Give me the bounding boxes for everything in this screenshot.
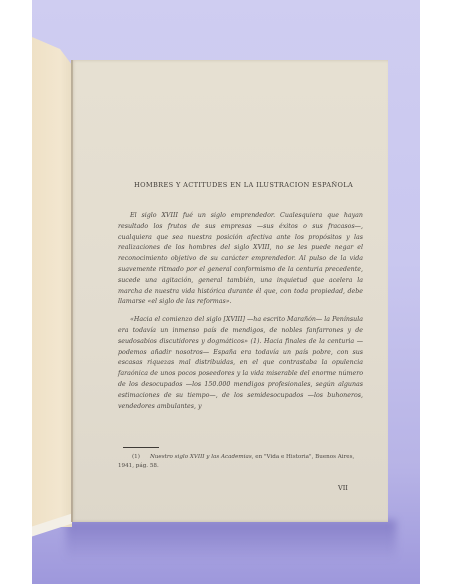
footnote-number: (1) xyxy=(132,454,140,460)
page-gutter xyxy=(71,60,73,522)
footnote-title: Nuestro siglo XVIII y las Academias, xyxy=(150,454,254,460)
footnote: (1)Nuestro siglo XVIII y las Academias, … xyxy=(118,453,363,471)
book-cover-left xyxy=(32,37,72,527)
chapter-title: HOMBRES Y ACTITUDES EN LA ILUSTRACION ES… xyxy=(134,181,354,189)
footnote-rule xyxy=(123,447,159,448)
book-shadow xyxy=(66,520,396,560)
paragraph-2: «Hacia el comienzo del siglo [XVIII] —ha… xyxy=(118,315,363,412)
body-text: El siglo XVIII fué un siglo emprendedor.… xyxy=(118,211,363,419)
page-number: VII xyxy=(338,484,348,492)
book-page: HOMBRES Y ACTITUDES EN LA ILUSTRACION ES… xyxy=(71,60,388,522)
paragraph-1: El siglo XVIII fué un siglo emprendedor.… xyxy=(118,211,363,308)
